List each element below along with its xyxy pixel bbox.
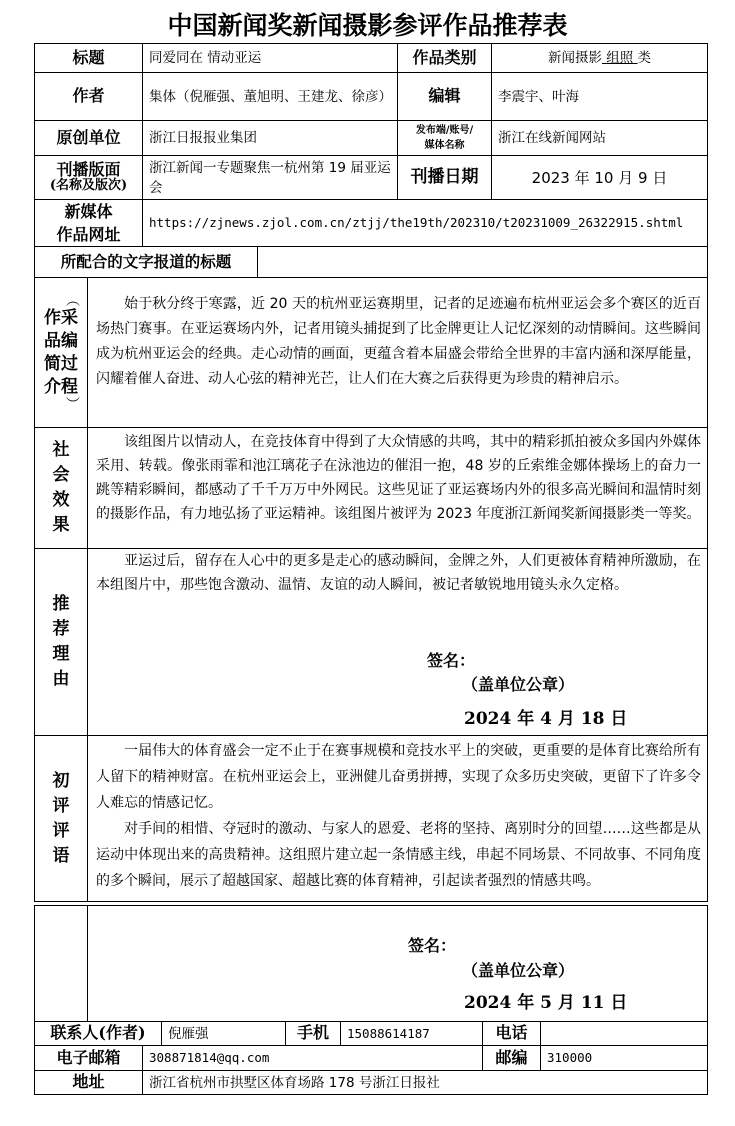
- url-link[interactable]: https://zjnews.zjol.com.cn/ztjj/the19th/…: [149, 212, 683, 234]
- related-title-value: [257, 246, 708, 278]
- paren-close: ︶: [66, 399, 80, 411]
- section-value-text: 浙江新闻一专题聚焦一杭州第 19 届亚运会: [149, 158, 391, 198]
- recommendation-seal: （盖单位公章）: [462, 672, 574, 695]
- intro-label-char: 编: [61, 330, 78, 353]
- publisher-label: 发布端/账号/ 媒体名称: [397, 120, 492, 156]
- editor-value: 李震宇、叶海: [491, 72, 708, 121]
- related-title-label-text: 所配合的文字报道的标题: [61, 253, 232, 271]
- category-underlined: 组照: [602, 48, 638, 68]
- social-effect-text: 该组图片以情动人，在竞技体育中得到了大众情感的共鸣，其中的精彩抓拍被众多国内外媒…: [87, 427, 708, 549]
- review-label-char: 语: [53, 844, 70, 869]
- mobile-value-text: 15088614187: [347, 1024, 430, 1044]
- url-value[interactable]: https://zjnews.zjol.com.cn/ztjj/the19th/…: [142, 199, 708, 247]
- social-effect-paragraph: 该组图片以情动人，在竞技体育中得到了大众情感的共鸣，其中的精彩抓拍被众多国内外媒…: [96, 430, 701, 526]
- category-prefix: 新闻摄影: [548, 48, 602, 68]
- author-value: 集体（倪雁强、董旭明、王建龙、徐彦）: [142, 72, 398, 121]
- publisher-value: 浙江在线新闻网站: [491, 120, 708, 156]
- review-label-char: 评: [53, 819, 70, 844]
- mobile-label-text: 手机: [297, 1024, 329, 1042]
- review-paragraph-2: 对手间的相惜、夺冠时的激动、与家人的恩爱、老将的坚持、离别时分的回望……这些都是…: [96, 816, 701, 894]
- social-label-char: 果: [53, 513, 70, 538]
- second-signature: 签名：: [408, 933, 456, 956]
- intro-label-char: 采: [61, 307, 78, 330]
- second-seal: （盖单位公章）: [462, 958, 574, 981]
- title-value: 同爱同在 情动亚运: [142, 43, 398, 73]
- second-date: 2024 年 5 月 11 日: [464, 988, 627, 1013]
- preliminary-review-label: 初 评 评 语: [34, 735, 88, 902]
- recommendation-signature: 签名：: [427, 648, 475, 671]
- origin-value: 浙江日报报业集团: [142, 120, 398, 156]
- editor-label-text: 编辑: [428, 87, 460, 105]
- page-title: 中国新闻奖新闻摄影参评作品推荐表: [0, 6, 735, 42]
- contact-label: 联系人(作者): [34, 1021, 162, 1046]
- category-underlined-text: 组照: [606, 50, 633, 66]
- recommendation-label-char: 理: [53, 642, 70, 667]
- second-signature-label: [34, 905, 88, 1022]
- author-value-text: 集体（倪雁强、董旭明、王建龙、徐彦）: [149, 87, 391, 107]
- phone-label-text: 电话: [495, 1024, 527, 1042]
- date-value-text: 2023 年 10 月 9 日: [532, 168, 668, 188]
- intro-label-char: 简: [44, 353, 61, 376]
- recommendation-label-char: 荐: [53, 617, 70, 642]
- intro-label-char: 介: [44, 376, 61, 399]
- intro-label-char: 程: [61, 376, 78, 399]
- url-label-line2: 作品网址: [56, 223, 120, 246]
- intro-label-col1: 作 品 简 介: [44, 307, 61, 399]
- contact-value-text: 倪雁强: [168, 1024, 209, 1044]
- category-value: 新闻摄影 组照 类: [491, 43, 708, 73]
- address-label: 地址: [34, 1070, 143, 1095]
- date-value: 2023 年 10 月 9 日: [491, 155, 708, 200]
- publisher-value-text: 浙江在线新闻网站: [498, 128, 606, 148]
- related-title-label: 所配合的文字报道的标题: [34, 246, 258, 278]
- email-value: 308871814@qq.com: [142, 1045, 483, 1071]
- address-value-text: 浙江省杭州市拱墅区体育场路 178 号浙江日报社: [149, 1073, 440, 1093]
- email-value-text: 308871814@qq.com: [149, 1048, 269, 1068]
- date-label: 刊播日期: [397, 155, 492, 200]
- social-label-char: 会: [53, 463, 70, 488]
- recommendation-label: 推 荐 理 由: [34, 548, 88, 736]
- mobile-label: 手机: [285, 1021, 341, 1046]
- email-label-text: 电子邮箱: [56, 1049, 120, 1067]
- section-label: 刊播版面 (名称及版次): [34, 155, 143, 200]
- category-label: 作品类别: [397, 43, 492, 73]
- recommendation-paragraph: 亚运过后，留存在人心中的更多是走心的感动瞬间，金牌之外，人们更被体育精神所激励，…: [96, 549, 701, 597]
- contact-value: 倪雁强: [161, 1021, 286, 1046]
- intro-label-char: 品: [44, 330, 61, 353]
- review-paragraph-1: 一届伟大的体育盛会一定不止于在赛事规模和竞技水平上的突破，更重要的是体育比赛给所…: [96, 738, 701, 816]
- url-label: 新媒体 作品网址: [34, 199, 143, 247]
- origin-label-text: 原创单位: [56, 129, 120, 147]
- author-label-text: 作者: [72, 87, 104, 105]
- section-label-line2: (名称及版次): [50, 179, 127, 194]
- url-label-line1: 新媒体: [64, 200, 112, 223]
- title-label: 标题: [34, 43, 143, 73]
- recommendation-label-char: 推: [53, 592, 70, 617]
- date-label-text: 刊播日期: [411, 168, 479, 188]
- contact-label-text: 联系人(作者): [50, 1024, 145, 1042]
- publisher-label-line2: 媒体名称: [425, 138, 465, 153]
- postcode-value-text: 310000: [547, 1048, 592, 1068]
- editor-label: 编辑: [397, 72, 492, 121]
- preliminary-review-text: 一届伟大的体育盛会一定不止于在赛事规模和竞技水平上的突破，更重要的是体育比赛给所…: [87, 735, 708, 902]
- social-label-char: 效: [53, 488, 70, 513]
- recommendation-label-char: 由: [53, 667, 70, 692]
- intro-paragraph: 始于秋分终于寒露，近 20 天的杭州亚运赛期里，记者的足迹遍布杭州亚运会多个赛区…: [96, 292, 701, 392]
- review-label-char: 评: [53, 794, 70, 819]
- review-label-char: 初: [53, 769, 70, 794]
- mobile-value: 15088614187: [340, 1021, 483, 1046]
- address-value: 浙江省杭州市拱墅区体育场路 178 号浙江日报社: [142, 1070, 708, 1095]
- social-effect-label: 社 会 效 果: [34, 427, 88, 549]
- phone-label: 电话: [482, 1021, 541, 1046]
- intro-label: ︵ 作 品 简 介 采 编 过 程 ︶: [34, 277, 88, 428]
- title-value-text: 同爱同在 情动亚运: [149, 48, 261, 68]
- category-suffix: 类: [638, 48, 652, 68]
- origin-value-text: 浙江日报报业集团: [149, 128, 257, 148]
- paren-open: ︵: [66, 295, 80, 307]
- email-label: 电子邮箱: [34, 1045, 143, 1071]
- intro-label-col2: 采 编 过 程: [61, 307, 78, 399]
- intro-text: 始于秋分终于寒露，近 20 天的杭州亚运赛期里，记者的足迹遍布杭州亚运会多个赛区…: [87, 277, 708, 428]
- postcode-value: 310000: [540, 1045, 708, 1071]
- intro-label-columns: 作 品 简 介 采 编 过 程: [44, 307, 78, 399]
- intro-label-char: 过: [61, 353, 78, 376]
- origin-label: 原创单位: [34, 120, 143, 156]
- editor-value-text: 李震宇、叶海: [498, 87, 579, 107]
- title-label-text: 标题: [72, 49, 104, 67]
- address-label-text: 地址: [72, 1073, 104, 1091]
- author-label: 作者: [34, 72, 143, 121]
- section-value: 浙江新闻一专题聚焦一杭州第 19 届亚运会: [142, 155, 398, 200]
- postcode-label-text: 邮编: [495, 1049, 527, 1067]
- phone-value: [540, 1021, 708, 1046]
- section-label-line1: 刊播版面: [56, 161, 120, 179]
- category-label-text: 作品类别: [412, 49, 476, 67]
- publisher-label-line1: 发布端/账号/: [416, 123, 473, 138]
- intro-label-char: 作: [44, 307, 61, 330]
- recommendation-date: 2024 年 4 月 18 日: [464, 704, 627, 729]
- postcode-label: 邮编: [482, 1045, 541, 1071]
- social-label-char: 社: [53, 438, 70, 463]
